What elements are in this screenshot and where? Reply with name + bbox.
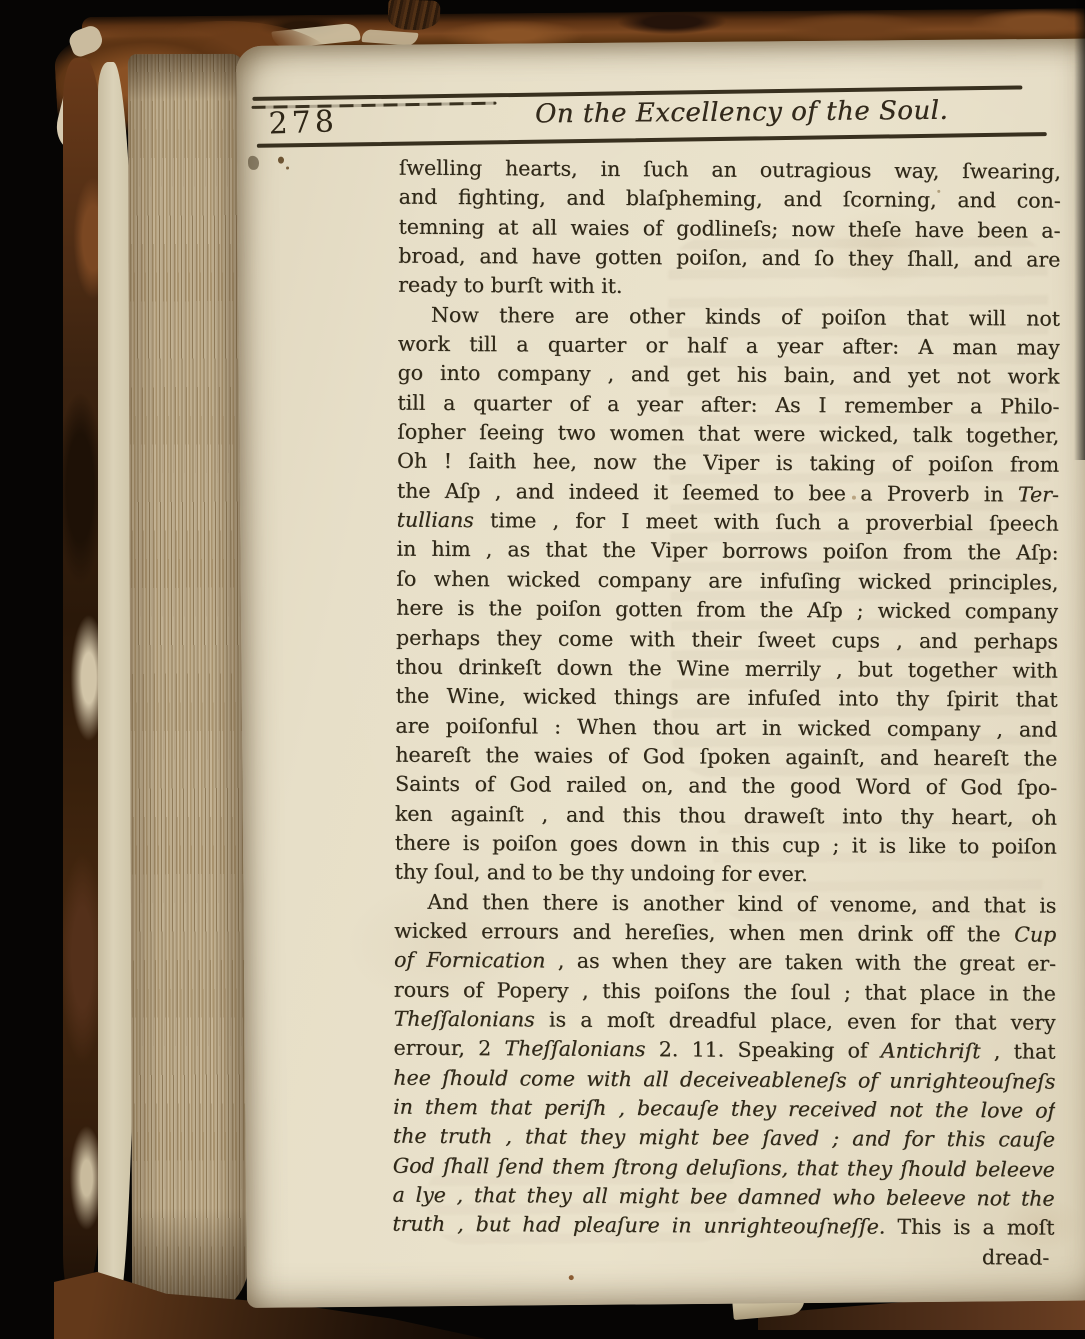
text-line: of Fornication , as when they are taken … [394, 946, 1056, 979]
text-line: thou drinkeſt down the Wine merrily , bu… [396, 652, 1058, 685]
text-line: here is the poiſon gotten from the Aſp ;… [396, 594, 1058, 627]
text-line: go into company , and get his bain, and … [398, 359, 1060, 392]
text-line: in him , as that the Viper borrows poiſo… [396, 535, 1058, 568]
text-line: heareſt the waies of God ſpoken againſt,… [395, 740, 1057, 773]
text-line: the Aſp , and indeed it ſeemed to bee a … [397, 476, 1059, 509]
text-line: the Wine, wicked things are infuſed into… [396, 682, 1058, 715]
text-line: perhaps they come with their ſweet cups … [396, 623, 1058, 656]
text-line: the truth , that they might bee ſaved ; … [393, 1122, 1055, 1155]
text-line: rours of Popery , this poiſons the ſoul … [394, 975, 1056, 1008]
text-line: a lye , that they all might bee damned w… [392, 1181, 1054, 1214]
text-line: work till a quarter or half a year after… [398, 330, 1060, 363]
paragraph: And then there is another kind of venome… [392, 887, 1056, 1243]
text-line: errour, 2 Theſſalonians 2. 11. Speaking … [393, 1034, 1055, 1067]
page-block-edges [128, 54, 249, 1322]
text-line: And then there is another kind of venome… [394, 887, 1056, 920]
text-line: Theſſalonians is a moſt dreadful place, … [394, 1005, 1056, 1038]
text-line: thy ſoul, and to be thy undoing for ever… [394, 858, 1056, 891]
ink-speck [278, 157, 284, 164]
paragraph: Now there are other kinds of poiſon that… [394, 300, 1060, 891]
text-line: ſo when wicked company are infuſing wick… [396, 564, 1058, 597]
book-page: 278 On the Excellency of the Soul. ſwell… [236, 39, 1085, 1308]
text-line: till a quarter of a year after: As I rem… [397, 388, 1059, 421]
text-line: ſwelling hearts, in ſuch an outragious w… [399, 154, 1061, 187]
text-line: in them that periſh , becauſe they recei… [393, 1093, 1055, 1126]
ink-speck [852, 496, 856, 500]
text-line: God ſhall ſend them ſtrong deluſions, th… [393, 1151, 1055, 1184]
text-line: hee ſhould come with all deceiveableneſs… [393, 1063, 1055, 1096]
text-line: truth , but had pleaſure in unrighteouſn… [392, 1210, 1054, 1243]
text-line: Oh ! ſaith hee, now the Viper is taking … [397, 447, 1059, 480]
ink-smudge [248, 156, 259, 170]
text-line: are poiſonful : When thou art in wicked … [395, 711, 1057, 744]
text-line: ready to burſt with it. [398, 271, 1060, 304]
text-line: there is poiſon goes down in this cup ; … [395, 828, 1057, 861]
ink-speck [569, 1275, 574, 1280]
ink-speck [286, 167, 289, 170]
text-line: ſopher ſeeing two women that were wicked… [397, 418, 1059, 451]
text-block: ſwelling hearts, in ſuch an outragious w… [392, 154, 1061, 1273]
ink-speck [937, 190, 940, 193]
page-number: 278 [268, 105, 338, 140]
catchword: dread- [392, 1239, 1054, 1272]
text-line: broad, and have gotten poiſon, and ſo th… [398, 242, 1060, 275]
text-line: Saints of God railed on, and the good Wo… [395, 770, 1057, 803]
text-line: temning at all waies of godlineſs; now t… [398, 212, 1060, 245]
text-line: and fighting, and blaſpheming, and ſcorn… [399, 183, 1061, 216]
text-line: Now there are other kinds of poiſon that… [398, 300, 1060, 333]
text-line: wicked errours and hereſies, when men dr… [394, 917, 1056, 950]
scan-edge-shadow [1074, 0, 1085, 460]
header-rule-bottom [257, 132, 1047, 148]
running-title: On the Excellency of the Soul. [526, 97, 956, 131]
text-line: ken againſt , and this thou draweſt into… [395, 799, 1057, 832]
book-scan: 278 On the Excellency of the Soul. ſwell… [0, 0, 1085, 1339]
text-line: tullians time , for I meet with ſuch a p… [397, 506, 1059, 539]
paragraph: ſwelling hearts, in ſuch an outragious w… [398, 154, 1061, 305]
